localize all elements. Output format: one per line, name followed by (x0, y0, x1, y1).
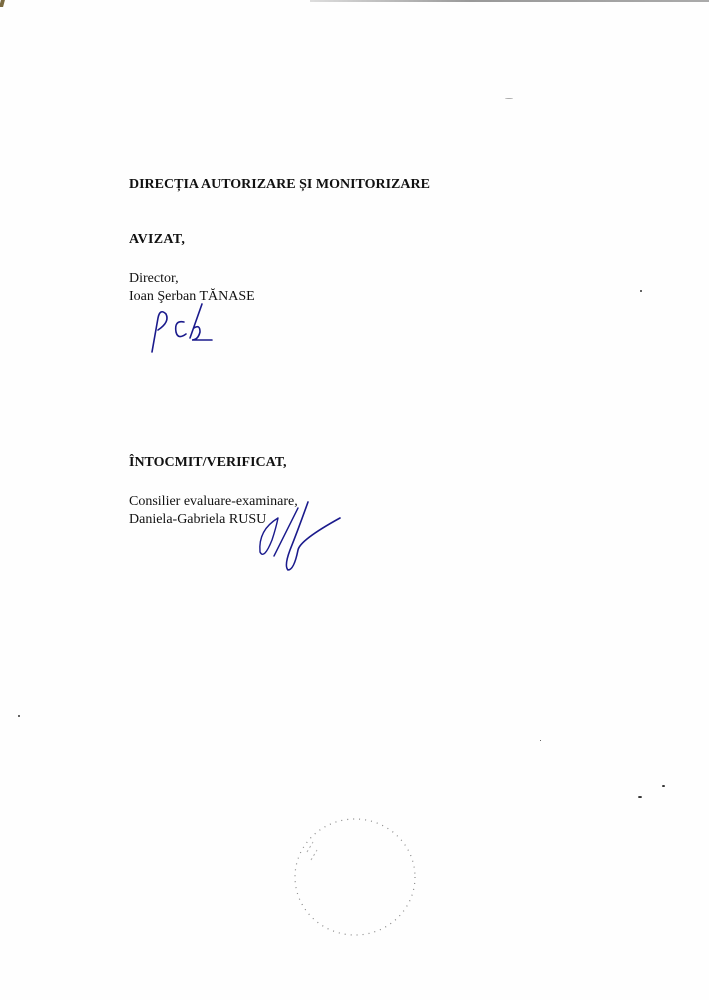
scan-speck (540, 740, 541, 741)
approval-heading: AVIZAT, (129, 231, 185, 249)
scan-speck (662, 785, 665, 787)
prepared-heading: ÎNTOCMIT/VERIFICAT, (129, 454, 287, 472)
scan-speck (18, 715, 20, 717)
scan-artifact (0, 0, 5, 7)
scan-speck (640, 290, 642, 292)
preparer-name: Daniela-Gabriela RUSU (129, 511, 266, 529)
faded-stamp-icon (285, 812, 425, 942)
department-heading: DIRECȚIA AUTORIZARE ȘI MONITORIZARE (129, 176, 430, 194)
preparer-signature-icon (250, 500, 345, 575)
scan-speck (505, 98, 513, 99)
scan-edge (310, 0, 709, 2)
approver-role: Director, (129, 270, 179, 288)
director-signature-icon (140, 300, 220, 360)
scan-speck (638, 796, 642, 798)
scanned-page: DIRECȚIA AUTORIZARE ȘI MONITORIZARE AVIZ… (0, 0, 709, 1000)
